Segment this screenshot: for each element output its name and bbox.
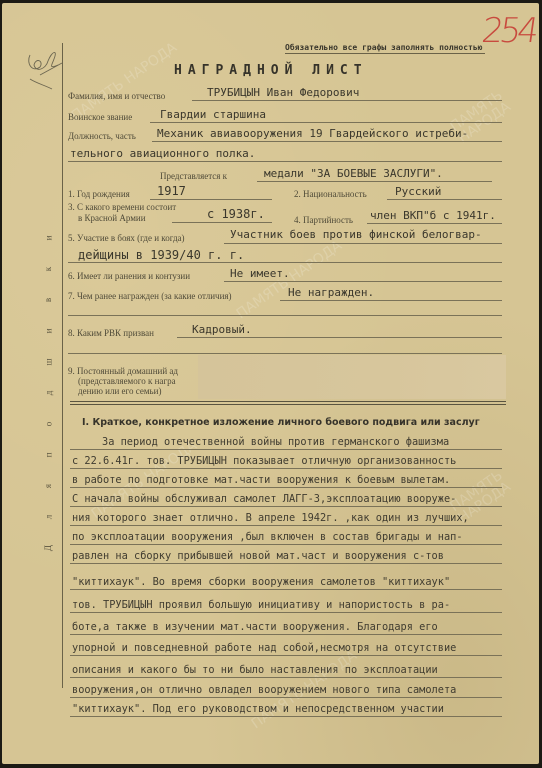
- party-value: член ВКП"б с 1941г.: [370, 209, 496, 222]
- birth-year-label: 1. Год рождения: [68, 189, 130, 199]
- rank-underline: [150, 122, 502, 123]
- battles-underline-2: [68, 262, 502, 263]
- battles-value-line1: Участник боев против финской белогвар-: [230, 228, 482, 241]
- narrative-line: равлен на сборку прибывшей новой мат.час…: [72, 550, 444, 562]
- fill-notice: Обязательно все графы заполнять полность…: [285, 43, 485, 54]
- narrative-line: За период отечественной войны против гер…: [102, 436, 449, 448]
- birth-year-underline: [150, 199, 272, 200]
- narrative-underline: [70, 544, 502, 545]
- narrative-line: описания и какого бы то ни было наставле…: [72, 664, 438, 676]
- narrative-underline: [70, 506, 502, 507]
- page-title: НАГРАДНОЙ ЛИСТ: [174, 63, 368, 78]
- rvk-underline: [177, 337, 502, 338]
- narrative-underline: [70, 449, 502, 450]
- section-divider: [70, 401, 506, 405]
- army-since-underline: [172, 222, 272, 223]
- binding-margin-line: [62, 43, 63, 688]
- address-label-3: дению или его семьи): [78, 386, 161, 396]
- binding-margin-label: Д л я п о д ш и в к и: [40, 233, 56, 553]
- position-value-line1: Механик авиавооружения 19 Гвардейского и…: [157, 127, 468, 140]
- narrative-line: "киттихаук". Под его руководством и непо…: [72, 703, 444, 715]
- battles-label: 5. Участие в боях (где и когда): [68, 233, 185, 243]
- nationality-label: 2. Национальность: [294, 189, 367, 199]
- narrative-line: боте,а также в изучении мат.части вооруж…: [72, 621, 438, 633]
- position-label: Должность, часть: [68, 131, 136, 141]
- rank-label: Воинское звание: [68, 112, 132, 122]
- narrative-underline: [70, 525, 502, 526]
- narrative-underline: [70, 589, 502, 590]
- wounds-label: 6. Имеет ли ранения и контузии: [68, 271, 190, 281]
- battles-underline-1: [224, 243, 502, 244]
- narrative-underline: [70, 468, 502, 469]
- narrative-underline: [70, 563, 502, 564]
- address-label-2: (представляемого к награ: [78, 376, 176, 386]
- position-value-line2: тельного авиационного полка.: [70, 147, 255, 160]
- prior-awards-underline: [280, 300, 502, 301]
- narrative-underline: [70, 612, 502, 613]
- narrative-underline: [70, 655, 502, 656]
- narrative-line: С начала войны обслуживал самолет ЛАГГ-3…: [72, 493, 456, 505]
- position-underline-1: [152, 141, 502, 142]
- narrative-line: "киттихаук". Во время сборки вооружения …: [72, 576, 450, 588]
- birth-year-value: 1917: [157, 184, 186, 198]
- award-value: медали "ЗА БОЕВЫЕ ЗАСЛУГИ".: [264, 167, 443, 180]
- narrative-line: ния которого знает отлично. В апреле 194…: [72, 512, 469, 524]
- narrative-underline: [70, 716, 502, 717]
- section-heading: I. Краткое, конкретное изложение личного…: [82, 417, 480, 428]
- award-label: Представляется к: [160, 171, 227, 181]
- rank-value: Гвардии старшина: [160, 108, 266, 121]
- army-since-label-1: 3. С какого времени состоит: [68, 202, 176, 212]
- party-underline: [367, 223, 502, 224]
- prior-awards-underline-2: [68, 315, 502, 316]
- nationality-underline: [387, 199, 502, 200]
- redacted-address: [198, 355, 506, 399]
- scanned-document: ПАМЯТЬ НАРОДА ПАМЯТЬ НАРОДА ПАМЯТЬ НАРОД…: [0, 0, 542, 768]
- wounds-value: Не имеет.: [230, 267, 290, 280]
- watermark: ПАМЯТЬ НАРОДА: [234, 239, 344, 322]
- nationality-value: Русский: [395, 185, 441, 198]
- name-underline: [192, 100, 502, 101]
- army-since-value: с 1938г.: [207, 207, 265, 221]
- narrative-underline: [70, 487, 502, 488]
- name-value: ТРУБИЦЫН Иван Федорович: [207, 86, 359, 99]
- page-number: 254: [479, 11, 538, 51]
- rvk-underline-2: [68, 353, 502, 354]
- watermark: ПАМЯТЬ НАРОДА: [425, 72, 537, 162]
- rvk-value: Кадровый.: [192, 323, 252, 336]
- position-underline-2: [68, 161, 502, 162]
- battles-value-line2: дейщины в 1939/40 г. г.: [78, 248, 244, 262]
- rvk-label: 8. Каким РВК призван: [68, 328, 154, 338]
- narrative-line: с 22.6.41г. тов. ТРУБИЦЫН показывает отл…: [72, 455, 456, 467]
- narrative-line: в работе по подготовке мат.части вооруже…: [72, 474, 450, 486]
- prior-awards-value: Не награжден.: [288, 286, 374, 299]
- address-label-1: 9. Постоянный домашний ад: [68, 366, 178, 376]
- prior-awards-label: 7. Чем ранее награжден (за какие отличия…: [68, 291, 232, 301]
- narrative-line: упорной и повседневной работе над собой,…: [72, 642, 456, 654]
- narrative-line: по эксплоатации вооружения ,был включен …: [72, 531, 463, 543]
- narrative-underline: [70, 697, 502, 698]
- name-label: Фамилия, имя и отчество: [68, 91, 165, 101]
- narrative-underline: [70, 634, 502, 635]
- army-since-label-2: в Красной Армии: [78, 213, 146, 223]
- party-label: 4. Партийность: [294, 215, 353, 225]
- award-underline: [257, 181, 492, 182]
- wounds-underline: [224, 281, 502, 282]
- award-sheet-page: ПАМЯТЬ НАРОДА ПАМЯТЬ НАРОДА ПАМЯТЬ НАРОД…: [2, 3, 539, 764]
- narrative-line: тов. ТРУБИЦЫН проявил большую инициативу…: [72, 599, 450, 611]
- narrative-line: вооружения,он отлично овладел вооружение…: [72, 684, 456, 696]
- narrative-underline: [70, 677, 502, 678]
- signature-icon: [22, 43, 66, 93]
